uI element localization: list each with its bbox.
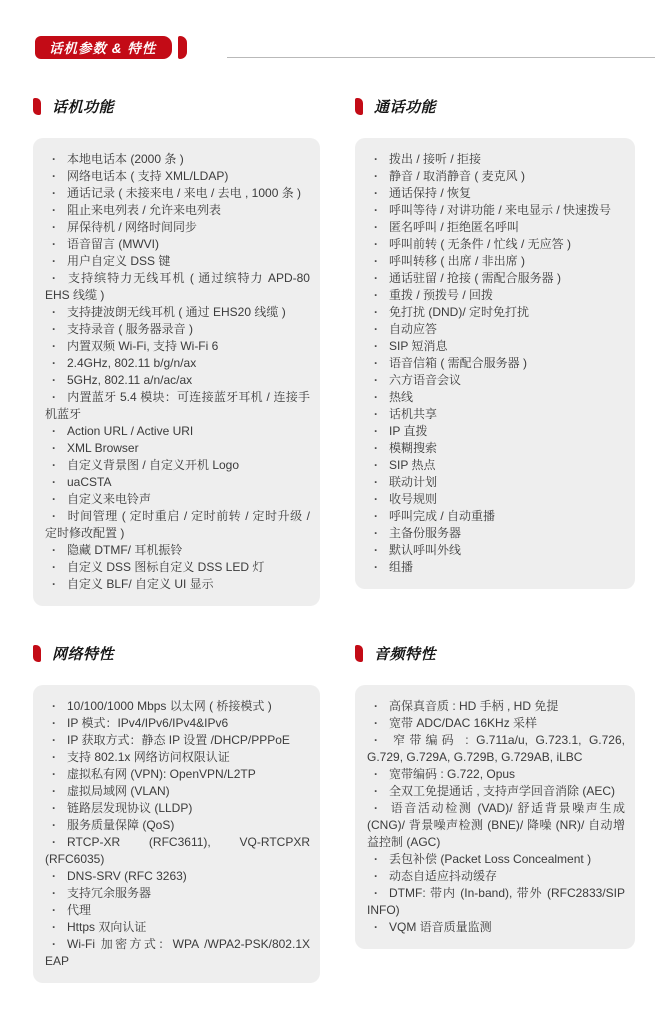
feature-item: ·本地电话本 (2000 条 ) [45,151,310,168]
bullet-dot: · [374,185,378,202]
feature-item: ·宽带编码 : G.722, Opus [367,766,625,783]
bullet-dot: · [374,287,378,304]
feature-item-text: 免打扰 (DND)/ 定时免打扰 [389,305,529,319]
feature-item-text: 内置蓝牙 5.4 模块：可连接蓝牙耳机 / 连接手机蓝牙 [45,390,310,421]
feature-item-text: 主备份服务器 [389,526,461,540]
feature-item-text: IP 获取方式：静态 IP 设置 /DHCP/PPPoE [67,733,290,747]
bullet-dot: · [52,902,56,919]
feature-item: ·动态自适应抖动缓存 [367,868,625,885]
feature-item-text: 2.4GHz, 802.11 b/g/n/ax [67,356,196,370]
feature-item-text: 呼叫等待 / 对讲功能 / 来电显示 / 快速拨号 [389,203,611,217]
header-badge: 话机参数 & 特性 [35,36,172,59]
bullet-dot: · [52,749,56,766]
bullet-dot: · [52,185,56,202]
bullet-dot: · [52,219,56,236]
section-title-text: 通话功能 [374,96,436,117]
feature-item: ·SIP 热点 [367,457,625,474]
bullet-dot: · [374,491,378,508]
feature-item-text: 全双工免提通话 , 支持声学回音消除 (AEC) [389,784,615,798]
bullet-dot: · [374,253,378,270]
feature-item-text: IP 模式：IPv4/IPv6/IPv4&IPv6 [67,716,228,730]
feature-item-text: 窄带编码 : G.711a/u, G.723.1, G.726, G.729, … [367,733,625,764]
bullet-dot: · [52,168,56,185]
feature-item: ·支持 802.1x 网络访问权限认证 [45,749,310,766]
feature-item: ·丢包补偿 (Packet Loss Concealment ) [367,851,625,868]
feature-item: ·组播 [367,559,625,576]
feature-item: ·自定义来电铃声 [45,491,310,508]
bullet-dot: · [52,474,56,491]
feature-item: ·通话保持 / 恢复 [367,185,625,202]
feature-item: ·SIP 短消息 [367,338,625,355]
feature-item: ·自定义背景图 / 自定义开机 Logo [45,457,310,474]
feature-item: ·链路层发现协议 (LLDP) [45,800,310,817]
feature-item: ·通话记录 ( 未接来电 / 来电 / 去电 , 1000 条 ) [45,185,310,202]
section-title-audio-features: 音频特性 [355,643,635,664]
feature-item: ·DNS-SRV (RFC 3263) [45,868,310,885]
feature-item: ·IP 获取方式：静态 IP 设置 /DHCP/PPPoE [45,732,310,749]
feature-item-text: 阻止来电列表 / 允许来电列表 [67,203,221,217]
feature-item: ·高保真音质 : HD 手柄 , HD 免提 [367,698,625,715]
bullet-dot: · [52,236,56,253]
feature-item: ·RTCP-XR (RFC3611), VQ-RTCPXR (RFC6035) [45,834,310,868]
feature-item: ·uaCSTA [45,474,310,491]
feature-item-text: 5GHz, 802.11 a/n/ac/ax [67,373,192,387]
feature-item: ·呼叫前转 ( 无条件 / 忙线 / 无应答 ) [367,236,625,253]
feature-item-text: 支持录音 ( 服务器录音 ) [67,322,193,336]
feature-item: ·IP 直拨 [367,423,625,440]
feature-item: ·呼叫等待 / 对讲功能 / 来电显示 / 快速拨号 [367,202,625,219]
feature-item: ·网络电话本 ( 支持 XML/LDAP) [45,168,310,185]
feature-item-text: 自定义 BLF/ 自定义 UI 显示 [67,577,214,591]
feature-item: ·用户自定义 DSS 键 [45,253,310,270]
feature-item: ·2.4GHz, 802.11 b/g/n/ax [45,355,310,372]
feature-item: ·支持录音 ( 服务器录音 ) [45,321,310,338]
feature-item: ·匿名呼叫 / 拒绝匿名呼叫 [367,219,625,236]
feature-item-text: 自动应答 [389,322,437,336]
feature-item: ·主备份服务器 [367,525,625,542]
feature-item: ·拨出 / 接听 / 拒接 [367,151,625,168]
bullet-dot: · [374,542,378,559]
bullet-dot: · [52,202,56,219]
feature-item-text: 本地电话本 (2000 条 ) [67,152,184,166]
feature-item: ·Https 双向认证 [45,919,310,936]
feature-item-text: 内置双频 Wi-Fi, 支持 Wi-Fi 6 [67,339,218,353]
bullet-dot: · [374,355,378,372]
feature-item: ·默认呼叫外线 [367,542,625,559]
bullet-dot: · [52,457,56,474]
feature-item: ·支持缤特力无线耳机 ( 通过缤特力 APD-80 EHS 线缆 ) [45,270,310,304]
feature-item-text: 虚拟局域网 (VLAN) [67,784,170,798]
feature-item: ·语音活动检测 (VAD)/ 舒适背景噪声生成 (CNG)/ 背景噪声检测 (B… [367,800,625,851]
feature-item: ·支持捷波朗无线耳机 ( 通过 EHS20 线缆 ) [45,304,310,321]
feature-item-text: DTMF: 带内 (In-band), 带外 (RFC2833/SIP INFO… [367,886,625,917]
feature-item: ·窄带编码 : G.711a/u, G.723.1, G.726, G.729,… [367,732,625,766]
feature-item: ·VQM 语音质量监测 [367,919,625,936]
feature-item: ·虚拟私有网 (VPN): OpenVPN/L2TP [45,766,310,783]
feature-item-text: Action URL / Active URI [67,424,193,438]
feature-item-text: 通话驻留 / 抢接 ( 需配合服务器 ) [389,271,561,285]
feature-item: ·5GHz, 802.11 a/n/ac/ax [45,372,310,389]
bullet-dot: · [374,559,378,576]
feature-item: ·语音留言 (MWVI) [45,236,310,253]
bullet-dot: · [374,698,378,715]
feature-item: ·代理 [45,902,310,919]
section-title-text: 音频特性 [374,643,436,664]
feature-item-text: 语音留言 (MWVI) [67,237,159,251]
bullet-dot: · [374,151,378,168]
bullet-dot: · [52,338,56,355]
feature-item: ·免打扰 (DND)/ 定时免打扰 [367,304,625,321]
feature-item: ·Wi-Fi 加密方式：WPA /WPA2-PSK/802.1X EAP [45,936,310,970]
bullet-dot: · [52,440,56,457]
section-title-phone-functions: 话机功能 [33,96,320,117]
feature-item-text: 收号规则 [389,492,437,506]
feature-item-text: 动态自适应抖动缓存 [389,869,497,883]
bullet-dot: · [52,372,56,389]
bullet-dot: · [52,783,56,800]
section-title-text: 话机功能 [52,96,114,117]
feature-item-text: 用户自定义 DSS 键 [67,254,170,268]
feature-item-text: Https 双向认证 [67,920,146,934]
feature-item-text: 10/100/1000 Mbps 以太网 ( 桥接模式 ) [67,699,272,713]
feature-item: ·联动计划 [367,474,625,491]
bullet-dot: · [52,423,56,440]
bullet-dot: · [374,423,378,440]
bullet-dot: · [52,885,56,902]
feature-item: ·全双工免提通话 , 支持声学回音消除 (AEC) [367,783,625,800]
section-title-network-features: 网络特性 [33,643,320,664]
bullet-dot: · [374,440,378,457]
feature-item-text: 自定义来电铃声 [67,492,151,506]
feature-item-text: 话机共享 [389,407,437,421]
bullet-dot: · [374,508,378,525]
feature-item-text: 网络电话本 ( 支持 XML/LDAP) [67,169,228,183]
feature-item: ·重拨 / 预拨号 / 回拨 [367,287,625,304]
section-title-text: 网络特性 [52,643,114,664]
bullet-dot: · [374,474,378,491]
bullet-dot: · [374,270,378,287]
bullet-dot: · [52,508,56,525]
feature-item-text: 组播 [389,560,413,574]
bullet-dot: · [374,732,378,749]
feature-item: ·屏保待机 / 网络时间同步 [45,219,310,236]
feature-item-text: 匿名呼叫 / 拒绝匿名呼叫 [389,220,519,234]
section-marker-icon [33,98,41,115]
bullet-dot: · [374,457,378,474]
bullet-dot: · [52,817,56,834]
feature-item-text: 自定义 DSS 图标自定义 DSS LED 灯 [67,560,264,574]
bullet-dot: · [52,936,56,953]
feature-item: ·静音 / 取消静音 ( 麦克风 ) [367,168,625,185]
feature-item: ·支持冗余服务器 [45,885,310,902]
feature-item: ·内置双频 Wi-Fi, 支持 Wi-Fi 6 [45,338,310,355]
feature-box-network-features: ·10/100/1000 Mbps 以太网 ( 桥接模式 )·IP 模式：IPv… [33,685,320,983]
feature-item-text: 通话记录 ( 未接来电 / 来电 / 去电 , 1000 条 ) [67,186,301,200]
bullet-dot: · [374,868,378,885]
bullet-dot: · [52,270,56,287]
feature-item: ·宽带 ADC/DAC 16KHz 采样 [367,715,625,732]
feature-item: ·隐藏 DTMF/ 耳机振铃 [45,542,310,559]
feature-item: ·XML Browser [45,440,310,457]
section-marker-icon [355,98,363,115]
feature-item: ·热线 [367,389,625,406]
page-header: 话机参数 & 特性 [33,36,670,59]
feature-list-audio-features: ·高保真音质 : HD 手柄 , HD 免提·宽带 ADC/DAC 16KHz … [367,698,625,936]
feature-item-text: 高保真音质 : HD 手柄 , HD 免提 [389,699,558,713]
feature-item-text: 重拨 / 预拨号 / 回拨 [389,288,493,302]
feature-item-text: 默认呼叫外线 [389,543,461,557]
feature-item-text: 虚拟私有网 (VPN): OpenVPN/L2TP [67,767,256,781]
feature-list-network-features: ·10/100/1000 Mbps 以太网 ( 桥接模式 )·IP 模式：IPv… [45,698,310,970]
feature-item: ·内置蓝牙 5.4 模块：可连接蓝牙耳机 / 连接手机蓝牙 [45,389,310,423]
feature-item-text: 六方语音会议 [389,373,461,387]
feature-item: ·收号规则 [367,491,625,508]
bullet-dot: · [374,851,378,868]
feature-box-phone-functions: ·本地电话本 (2000 条 )·网络电话本 ( 支持 XML/LDAP)·通话… [33,138,320,606]
feature-item-text: 通话保持 / 恢复 [389,186,471,200]
feature-list-call-functions: ·拨出 / 接听 / 拒接·静音 / 取消静音 ( 麦克风 )·通话保持 / 恢… [367,151,625,576]
bullet-dot: · [374,168,378,185]
bullet-dot: · [374,389,378,406]
feature-item: ·呼叫转移 ( 出席 / 非出席 ) [367,253,625,270]
feature-box-audio-features: ·高保真音质 : HD 手柄 , HD 免提·宽带 ADC/DAC 16KHz … [355,685,635,949]
feature-item-text: 链路层发现协议 (LLDP) [67,801,192,815]
bullet-dot: · [374,202,378,219]
feature-item: ·阻止来电列表 / 允许来电列表 [45,202,310,219]
feature-item-text: 时间管理 ( 定时重启 / 定时前转 / 定时升级 / 定时修改配置 ) [45,509,310,540]
feature-item-text: 拨出 / 接听 / 拒接 [389,152,481,166]
bullet-dot: · [52,834,56,851]
bullet-dot: · [52,542,56,559]
feature-item-text: 呼叫完成 / 自动重播 [389,509,495,523]
feature-item-text: 服务质量保障 (QoS) [67,818,174,832]
feature-item-text: 自定义背景图 / 自定义开机 Logo [67,458,239,472]
bullet-dot: · [374,783,378,800]
feature-item: ·六方语音会议 [367,372,625,389]
bullet-dot: · [374,219,378,236]
feature-item-text: 模糊搜索 [389,441,437,455]
bullet-dot: · [52,576,56,593]
feature-item-text: 支持缤特力无线耳机 ( 通过缤特力 APD-80 EHS 线缆 ) [45,271,310,302]
bullet-dot: · [52,868,56,885]
section-marker-icon [355,645,363,662]
feature-item-text: 联动计划 [389,475,437,489]
feature-item: ·话机共享 [367,406,625,423]
feature-box-call-functions: ·拨出 / 接听 / 拒接·静音 / 取消静音 ( 麦克风 )·通话保持 / 恢… [355,138,635,589]
bullet-dot: · [374,715,378,732]
bullet-dot: · [52,304,56,321]
bullet-dot: · [52,732,56,749]
feature-item-text: 热线 [389,390,413,404]
feature-item: ·10/100/1000 Mbps 以太网 ( 桥接模式 ) [45,698,310,715]
feature-item-text: Wi-Fi 加密方式：WPA /WPA2-PSK/802.1X EAP [45,937,310,968]
bullet-dot: · [374,525,378,542]
bullet-dot: · [374,236,378,253]
feature-item-text: uaCSTA [67,475,111,489]
feature-item-text: XML Browser [67,441,139,455]
feature-item-text: 静音 / 取消静音 ( 麦克风 ) [389,169,525,183]
feature-item-text: DNS-SRV (RFC 3263) [67,869,187,883]
spec-page: 话机参数 & 特性 话机功能 通话功能 ·本地电话本 (2000 条 )·网络电… [0,0,670,1020]
bullet-dot: · [374,919,378,936]
feature-item-text: SIP 短消息 [389,339,447,353]
bullet-dot: · [52,919,56,936]
feature-item-text: 支持捷波朗无线耳机 ( 通过 EHS20 线缆 ) [67,305,286,319]
bullet-dot: · [374,372,378,389]
feature-item-text: RTCP-XR (RFC3611), VQ-RTCPXR (RFC6035) [45,835,310,866]
feature-item: ·虚拟局域网 (VLAN) [45,783,310,800]
header-badge-tab [178,36,187,59]
spec-content: 话机功能 通话功能 ·本地电话本 (2000 条 )·网络电话本 ( 支持 XM… [33,96,670,1020]
feature-item-text: 支持 802.1x 网络访问权限认证 [67,750,230,764]
bullet-dot: · [52,715,56,732]
bullet-dot: · [374,406,378,423]
feature-item: ·自动应答 [367,321,625,338]
bullet-dot: · [374,321,378,338]
feature-item-text: SIP 热点 [389,458,435,472]
header-divider [227,57,655,58]
feature-item-text: 宽带 ADC/DAC 16KHz 采样 [389,716,537,730]
bullet-dot: · [374,885,378,902]
feature-item: ·语音信箱 ( 需配合服务器 ) [367,355,625,372]
feature-item-text: 语音信箱 ( 需配合服务器 ) [389,356,527,370]
feature-item-text: 代理 [67,903,91,917]
feature-item-text: 语音活动检测 (VAD)/ 舒适背景噪声生成 (CNG)/ 背景噪声检测 (BN… [367,801,625,849]
bullet-dot: · [52,559,56,576]
feature-item: ·DTMF: 带内 (In-band), 带外 (RFC2833/SIP INF… [367,885,625,919]
bullet-dot: · [52,766,56,783]
bullet-dot: · [374,800,378,817]
feature-item-text: 隐藏 DTMF/ 耳机振铃 [67,543,182,557]
bullet-dot: · [52,698,56,715]
feature-item: ·时间管理 ( 定时重启 / 定时前转 / 定时升级 / 定时修改配置 ) [45,508,310,542]
bullet-dot: · [374,766,378,783]
bullet-dot: · [52,355,56,372]
feature-item: ·Action URL / Active URI [45,423,310,440]
feature-item: ·自定义 DSS 图标自定义 DSS LED 灯 [45,559,310,576]
header-badge-label: 话机参数 & 特性 [49,37,156,57]
feature-item-text: 丢包补偿 (Packet Loss Concealment ) [389,852,591,866]
feature-item-text: VQM 语音质量监测 [389,920,492,934]
feature-item: ·服务质量保障 (QoS) [45,817,310,834]
feature-list-phone-functions: ·本地电话本 (2000 条 )·网络电话本 ( 支持 XML/LDAP)·通话… [45,151,310,593]
bullet-dot: · [52,321,56,338]
section-title-call-functions: 通话功能 [355,96,635,117]
feature-item: ·IP 模式：IPv4/IPv6/IPv4&IPv6 [45,715,310,732]
bullet-dot: · [52,389,56,406]
feature-item: ·呼叫完成 / 自动重播 [367,508,625,525]
feature-item-text: 宽带编码 : G.722, Opus [389,767,515,781]
bullet-dot: · [52,253,56,270]
bullet-dot: · [52,151,56,168]
section-marker-icon [33,645,41,662]
bullet-dot: · [374,304,378,321]
feature-item-text: 支持冗余服务器 [67,886,151,900]
feature-item-text: 呼叫转移 ( 出席 / 非出席 ) [389,254,525,268]
feature-item: ·模糊搜索 [367,440,625,457]
bullet-dot: · [374,338,378,355]
feature-item: ·自定义 BLF/ 自定义 UI 显示 [45,576,310,593]
bullet-dot: · [52,800,56,817]
feature-item-text: 呼叫前转 ( 无条件 / 忙线 / 无应答 ) [389,237,571,251]
feature-item-text: 屏保待机 / 网络时间同步 [67,220,197,234]
bullet-dot: · [52,491,56,508]
feature-item: ·通话驻留 / 抢接 ( 需配合服务器 ) [367,270,625,287]
feature-item-text: IP 直拨 [389,424,427,438]
